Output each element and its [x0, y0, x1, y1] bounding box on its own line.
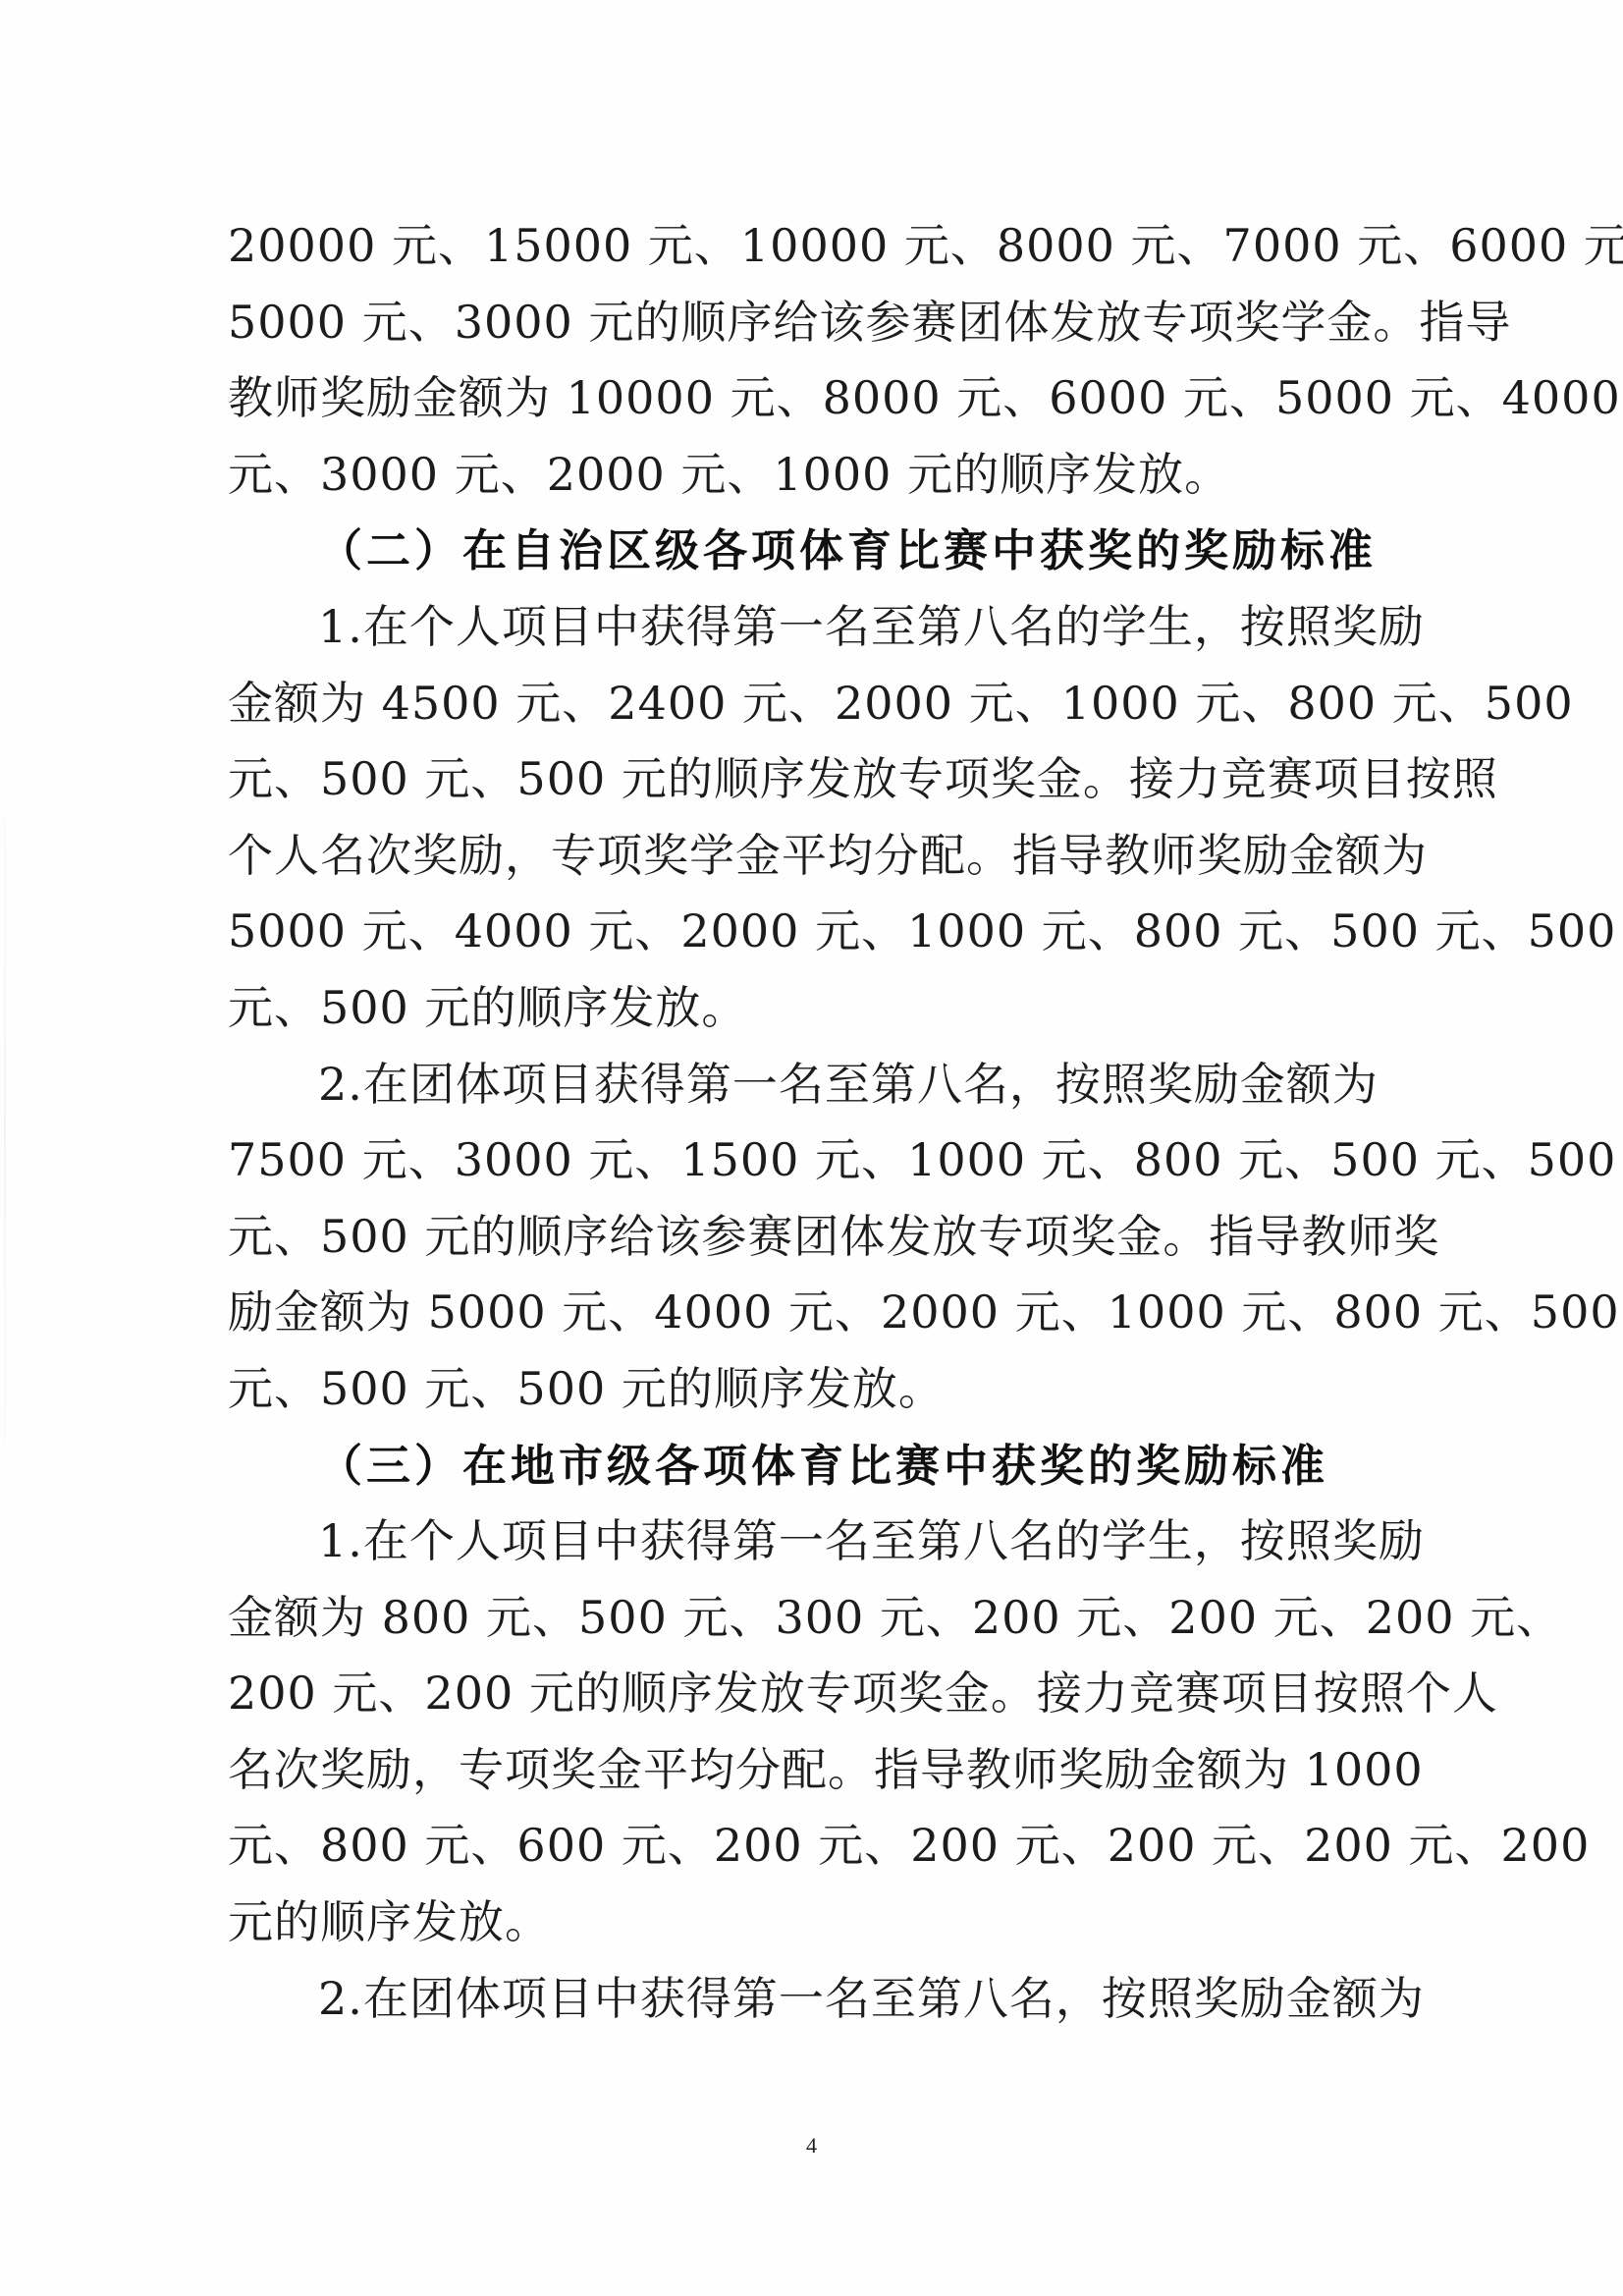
body-line: 5000 元、3000 元的顺序给该参赛团体发放专项奖学金。指导	[228, 285, 1355, 361]
body-line: 元、3000 元、2000 元、1000 元的顺序发放。	[228, 437, 1355, 514]
body-line: 5000 元、4000 元、2000 元、1000 元、800 元、500 元、…	[228, 894, 1355, 970]
body-line: 元、500 元、500 元的顺序发放。	[228, 1351, 1355, 1428]
scan-edge-shadow	[4, 687, 6, 1571]
body-line: 励金额为 5000 元、4000 元、2000 元、1000 元、800 元、5…	[228, 1275, 1355, 1351]
paragraph-first-line: 1.在个人项目中获得第一名至第八名的学生，按照奖励	[228, 589, 1355, 666]
body-line: 个人名次奖励，专项奖学金平均分配。指导教师奖励金额为	[228, 818, 1355, 895]
body-line: 元、500 元的顺序给该参赛团体发放专项奖金。指导教师奖	[228, 1199, 1355, 1276]
body-line: 名次奖励，专项奖金平均分配。指导教师奖励金额为 1000	[228, 1732, 1355, 1809]
paragraph-first-line: 2.在团体项目中获得第一名至第八名，按照奖励金额为	[228, 1961, 1355, 2038]
body-line: 元、800 元、600 元、200 元、200 元、200 元、200 元、20…	[228, 1808, 1355, 1885]
paragraph-first-line: 1.在个人项目中获得第一名至第八名的学生，按照奖励	[228, 1503, 1355, 1580]
body-line: 金额为 800 元、500 元、300 元、200 元、200 元、200 元、	[228, 1580, 1355, 1657]
section-heading-2: （二）在自治区级各项体育比赛中获奖的奖励标准	[228, 513, 1355, 589]
document-body: 20000 元、15000 元、10000 元、8000 元、7000 元、60…	[228, 208, 1355, 2037]
body-line: 200 元、200 元的顺序发放专项奖金。接力竞赛项目按照个人	[228, 1656, 1355, 1732]
body-line: 20000 元、15000 元、10000 元、8000 元、7000 元、60…	[228, 208, 1355, 285]
document-page: 20000 元、15000 元、10000 元、8000 元、7000 元、60…	[0, 0, 1623, 2296]
body-line: 元、500 元、500 元的顺序发放专项奖金。接力竞赛项目按照	[228, 741, 1355, 818]
body-line: 金额为 4500 元、2400 元、2000 元、1000 元、800 元、50…	[228, 666, 1355, 742]
section-heading-3: （三）在地市级各项体育比赛中获奖的奖励标准	[228, 1428, 1355, 1504]
page-number: 4	[0, 2133, 1623, 2159]
body-line: 元、500 元的顺序发放。	[228, 970, 1355, 1047]
body-line: 教师奖励金额为 10000 元、8000 元、6000 元、5000 元、400…	[228, 360, 1355, 437]
body-line: 元的顺序发放。	[228, 1885, 1355, 1961]
paragraph-first-line: 2.在团体项目获得第一名至第八名，按照奖励金额为	[228, 1047, 1355, 1123]
body-line: 7500 元、3000 元、1500 元、1000 元、800 元、500 元、…	[228, 1122, 1355, 1199]
